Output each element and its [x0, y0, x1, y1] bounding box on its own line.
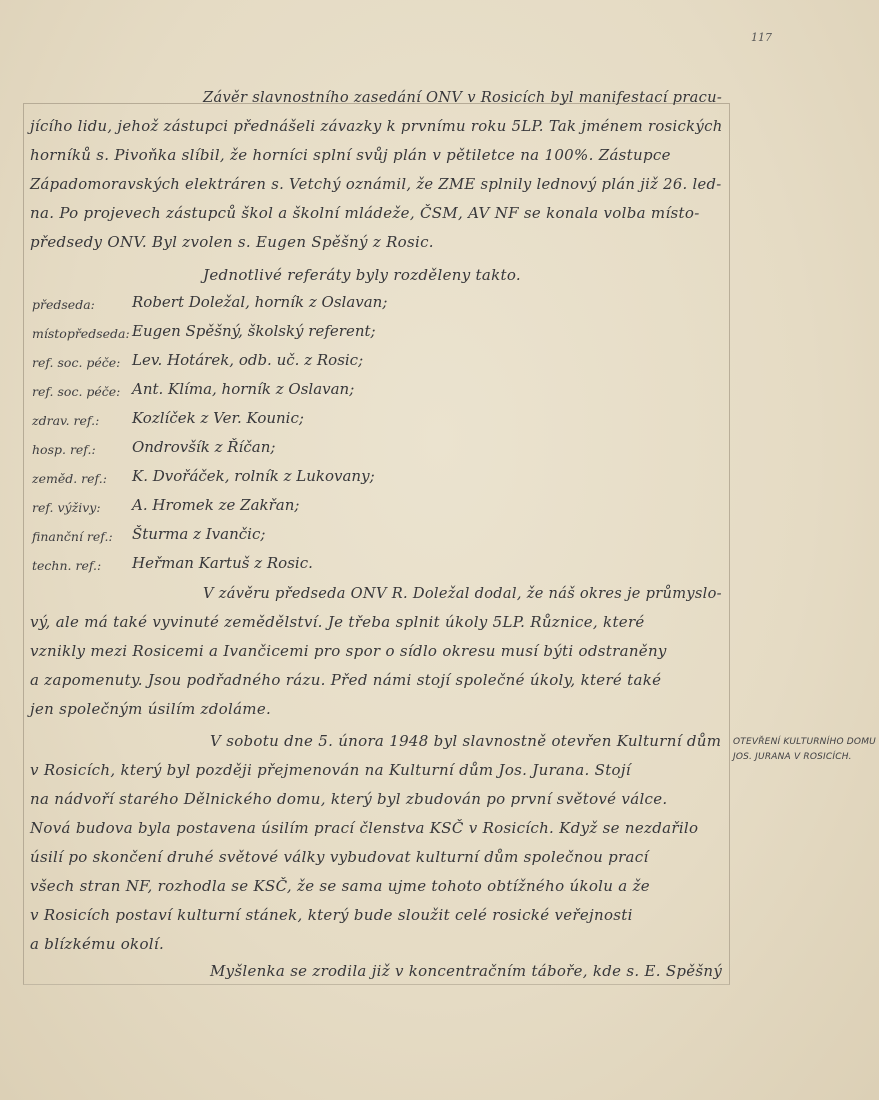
- margin-note-line-2: Jos. Jurana v Rosicích.: [733, 750, 876, 765]
- referat-role: ref. výživy:: [32, 500, 101, 515]
- referat-role: hosp. ref.:: [32, 442, 96, 457]
- referat-role: zdrav. ref.:: [32, 413, 99, 428]
- para2-line-4: a zapomenuty. Jsou podřadného rázu. Před…: [30, 671, 661, 689]
- para2-line-2: vý, ale má také vyvinuté zemědělství. Je…: [30, 613, 645, 631]
- para1-line-2: jícího lidu, jehož zástupci přednášeli z…: [30, 117, 723, 135]
- referat-person: K. Dvořáček, rolník z Lukovany;: [132, 467, 375, 485]
- para3-line-3: na nádvoří starého Dělnického domu, kter…: [30, 790, 667, 808]
- referats-intro: Jednotlivé referáty byly rozděleny takto…: [203, 266, 521, 284]
- para1-line-5: na. Po projevech zástupců škol a školní …: [30, 204, 700, 222]
- referat-role: místopředseda:: [32, 326, 130, 341]
- para4-line-1: Myšlenka se zrodila již v koncentračním …: [210, 962, 722, 980]
- referat-person: Ondrovšík z Říčan;: [132, 438, 275, 456]
- referat-role: předseda:: [32, 297, 95, 312]
- para1-line-1: Závěr slavnostního zasedání ONV v Rosicí…: [203, 88, 722, 106]
- referat-role: finanční ref.:: [32, 529, 113, 544]
- para3-line-5: úsilí po skončení druhé světové války vy…: [30, 848, 649, 866]
- para3-line-7: v Rosicích postaví kulturní stánek, kter…: [30, 906, 633, 924]
- para1-line-6: předsedy ONV. Byl zvolen s. Eugen Spěšný…: [30, 233, 434, 251]
- referat-role: ref. soc. péče:: [32, 384, 120, 399]
- referat-person: A. Hromek ze Zakřan;: [132, 496, 299, 514]
- referat-person: Šturma z Ivančic;: [132, 525, 265, 543]
- para3-line-1: V sobotu dne 5. února 1948 byl slavnostn…: [210, 732, 721, 750]
- para2-line-3: vznikly mezi Rosicemi a Ivančicemi pro s…: [30, 642, 667, 660]
- referat-person: Lev. Hotárek, odb. uč. z Rosic;: [132, 351, 363, 369]
- referat-person: Robert Doležal, horník z Oslavan;: [132, 293, 387, 311]
- para3-line-2: v Rosicích, který byl později přejmenová…: [30, 761, 631, 779]
- referat-person: Heřman Kartuš z Rosic.: [132, 554, 313, 572]
- page-number: 117: [751, 31, 772, 44]
- para2-line-1: V závěru předseda ONV R. Doležal dodal, …: [203, 584, 722, 602]
- para3-line-4: Nová budova byla postavena úsilím prací …: [30, 819, 698, 837]
- para2-line-5: jen společným úsilím zdoláme.: [30, 700, 271, 718]
- referat-role: zeměd. ref.:: [32, 471, 107, 486]
- referat-person: Ant. Klíma, horník z Oslavan;: [132, 380, 354, 398]
- para3-line-6: všech stran NF, rozhodla se KSČ, že se s…: [30, 877, 650, 895]
- para3-line-8: a blízkému okolí.: [30, 935, 164, 953]
- para1-line-4: Západomoravských elektráren s. Vetchý oz…: [30, 175, 722, 193]
- para1-line-3: horníků s. Pivoňka slíbil, že horníci sp…: [30, 146, 671, 164]
- margin-note-line-1: Otevření Kulturního domu: [733, 735, 876, 750]
- referat-role: ref. soc. péče:: [32, 355, 120, 370]
- referat-person: Kozlíček z Ver. Kounic;: [132, 409, 304, 427]
- margin-note: Otevření Kulturního domu Jos. Jurana v R…: [733, 735, 876, 765]
- referat-role: techn. ref.:: [32, 558, 101, 573]
- referat-person: Eugen Spěšný, školský referent;: [132, 322, 376, 340]
